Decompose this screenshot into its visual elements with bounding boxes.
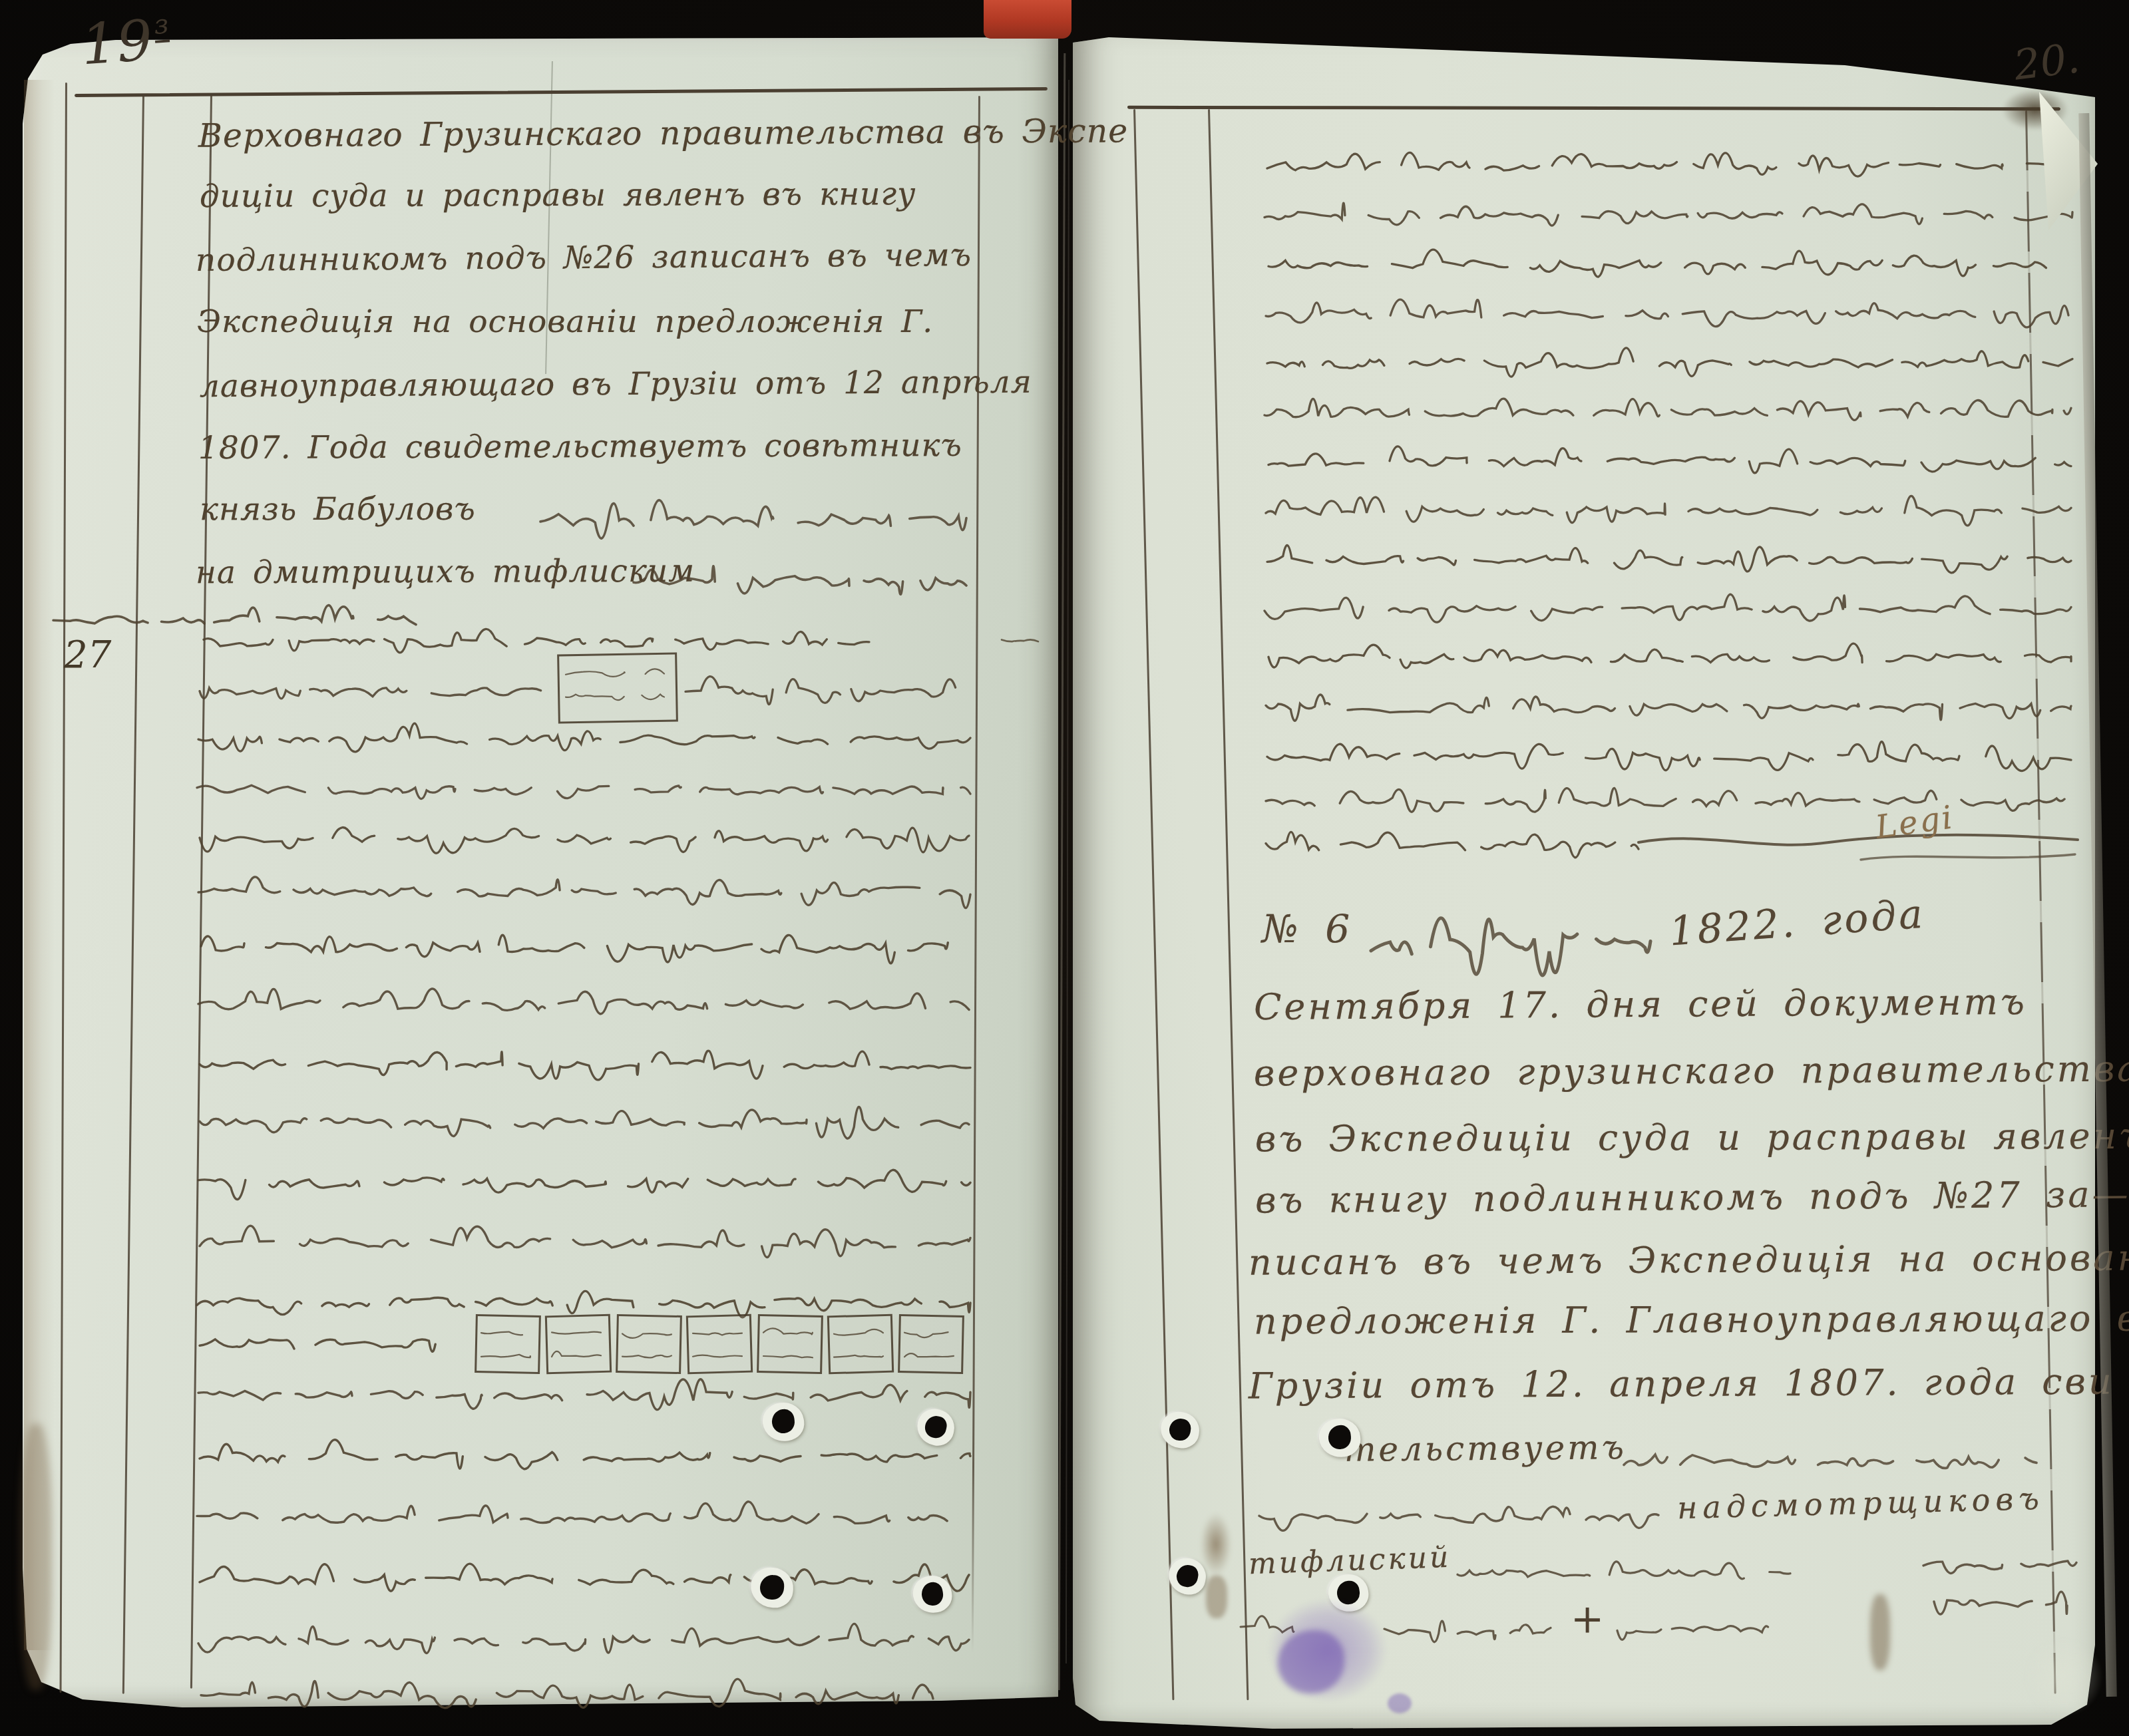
worm-hole-core	[1327, 1425, 1352, 1451]
page-number-mark: з	[153, 9, 170, 43]
manuscript-line: на дмитрицихъ тифлиским	[196, 553, 695, 592]
page-edge	[1058, 53, 1066, 1690]
page-number-right: 20.	[2011, 33, 2082, 89]
worm-hole-core	[770, 1408, 796, 1435]
manuscript-line: писанъ въ чемъ Экспедицiя на основанiи	[1249, 1236, 2129, 1283]
stamp-box	[757, 1314, 823, 1374]
manuscript-line: князь Бабуловъ	[200, 491, 476, 528]
binding-ribbon	[984, 0, 1071, 39]
page-edge-stain	[24, 80, 55, 1650]
stamp-box	[827, 1314, 894, 1375]
page-number-left: 19з	[79, 6, 172, 77]
manuscript-scan: 19з 20. 27 Верховнаго Грузинскаго правит…	[0, 0, 2129, 1736]
stamp-box	[475, 1314, 541, 1374]
worm-hole-core	[1175, 1563, 1200, 1588]
stamp-box	[686, 1314, 753, 1375]
manuscript-line: дицiи суда и расправы явленъ въ книгу	[200, 176, 916, 215]
manuscript-line: лавноуправляющаго въ Грузiи отъ 12 апрѣл…	[200, 364, 1032, 405]
worm-hole-core	[920, 1581, 945, 1608]
manuscript-line: Экспедицiя на основанiи предложенiя Г.	[197, 303, 933, 340]
entry-number: № 6	[1262, 906, 1352, 952]
page-corner-curl	[2023, 1637, 2103, 1717]
worm-hole-core	[1168, 1417, 1192, 1442]
inline-note-box	[557, 652, 678, 723]
manuscript-line: Сентября 17. дня сей документъ	[1254, 981, 2027, 1028]
manuscript-line: 1807. Года свидетельствуетъ совѣтникъ	[198, 427, 962, 466]
page-number-value: 19	[79, 7, 154, 77]
manuscript-line: подлинникомъ подъ №26 записанъ въ чемъ	[196, 237, 972, 279]
page-edge	[1065, 80, 1069, 1663]
left-page	[23, 37, 1058, 1707]
margin-entry-number: 27	[64, 633, 111, 677]
stamp-box	[898, 1314, 964, 1374]
manuscript-line: Верховнаго Грузинскаго правительства въ …	[198, 112, 1128, 154]
manuscript-line: въ Экспедицiи суда и расправы явленъ	[1255, 1115, 2129, 1160]
cross-mark: +	[1571, 1596, 1604, 1642]
stamp-box	[545, 1314, 612, 1375]
worm-hole-core	[759, 1574, 785, 1600]
worm-hole-core	[1336, 1580, 1361, 1606]
worm-hole-core	[923, 1414, 948, 1440]
manuscript-line: тельствуетъ	[1344, 1428, 1627, 1469]
manuscript-line: предложенiя Г. Главноуправляющаго въ	[1254, 1298, 2129, 1343]
manuscript-line: Грузiи отъ 12. апреля 1807. года сви	[1249, 1361, 2114, 1407]
stamp-box	[616, 1314, 682, 1374]
manuscript-line: въ книгу подлинникомъ подъ №27 за—	[1255, 1173, 2129, 1221]
manuscript-line: верховнаго грузинскаго правительства	[1254, 1048, 2129, 1095]
